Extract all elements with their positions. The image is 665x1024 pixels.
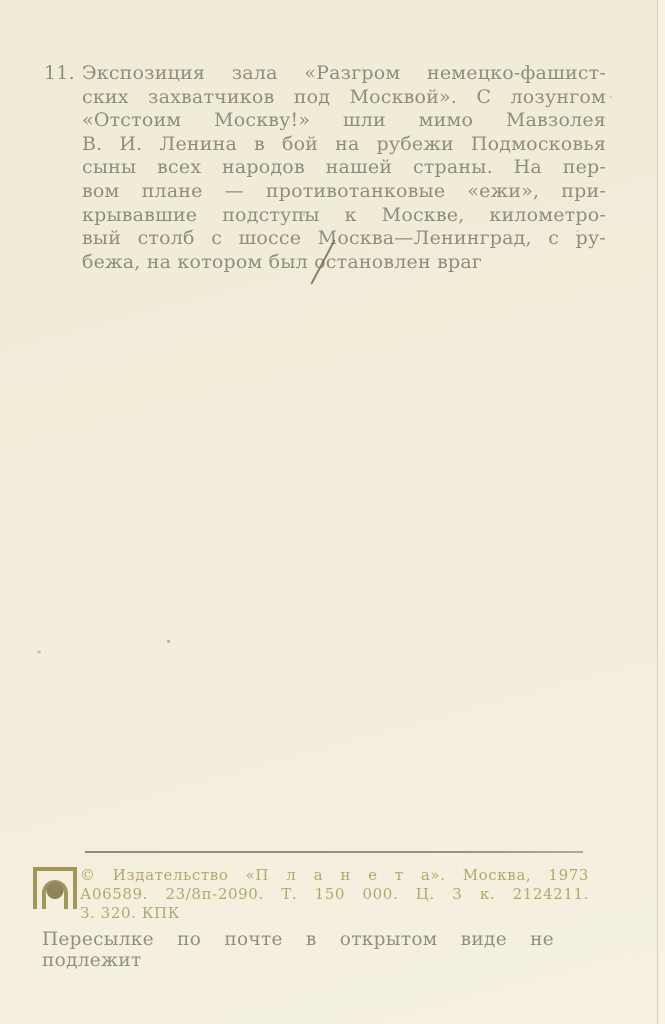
planeta-publisher-logo-icon	[33, 867, 77, 909]
caption-paragraph: 11. Экспозиция зала «Разгром немецко-фаш…	[82, 62, 606, 274]
logo-globe	[47, 882, 64, 899]
caption-line: крывавшие подступы к Москве, километро-	[82, 204, 606, 228]
publisher-imprint: © Издательство «П л а н е т а». Москва, …	[80, 866, 589, 922]
scan-speck	[609, 96, 612, 98]
imprint-line: З. 320. КПК	[80, 904, 589, 923]
scan-speck	[576, 230, 579, 232]
scan-edge	[657, 0, 665, 1024]
postcard-back: 11. Экспозиция зала «Разгром немецко-фаш…	[0, 0, 665, 1024]
scan-speck	[37, 650, 41, 654]
caption-line: сыны всех народов нашей страны. На пер-	[82, 156, 606, 180]
caption-number: 11.	[44, 62, 75, 86]
caption-line: ских захватчиков под Москвой». С лозунго…	[82, 86, 606, 110]
imprint-line: © Издательство «П л а н е т а». Москва, …	[80, 866, 589, 885]
scan-speck	[167, 640, 170, 643]
imprint-divider	[85, 851, 583, 853]
postal-notice: Пересылке по почте в открытом виде не по…	[42, 929, 554, 971]
caption-line: Экспозиция зала «Разгром немецко-фашист-	[82, 62, 606, 86]
caption-line: бежа, на котором был остановлен враг	[82, 251, 606, 275]
caption-line: вый столб с шоссе Москва—Ленинград, с ру…	[82, 227, 606, 251]
imprint-line: А06589. 23/8п-2090. Т. 150 000. Ц. 3 к. …	[80, 885, 589, 904]
caption-line: вом плане — противотанковые «ежи», при-	[82, 180, 606, 204]
caption-line: «Отстоим Москву!» шли мимо Мавзолея	[82, 109, 606, 133]
caption-line: В. И. Ленина в бой на рубежи Подмосковья	[82, 133, 606, 157]
